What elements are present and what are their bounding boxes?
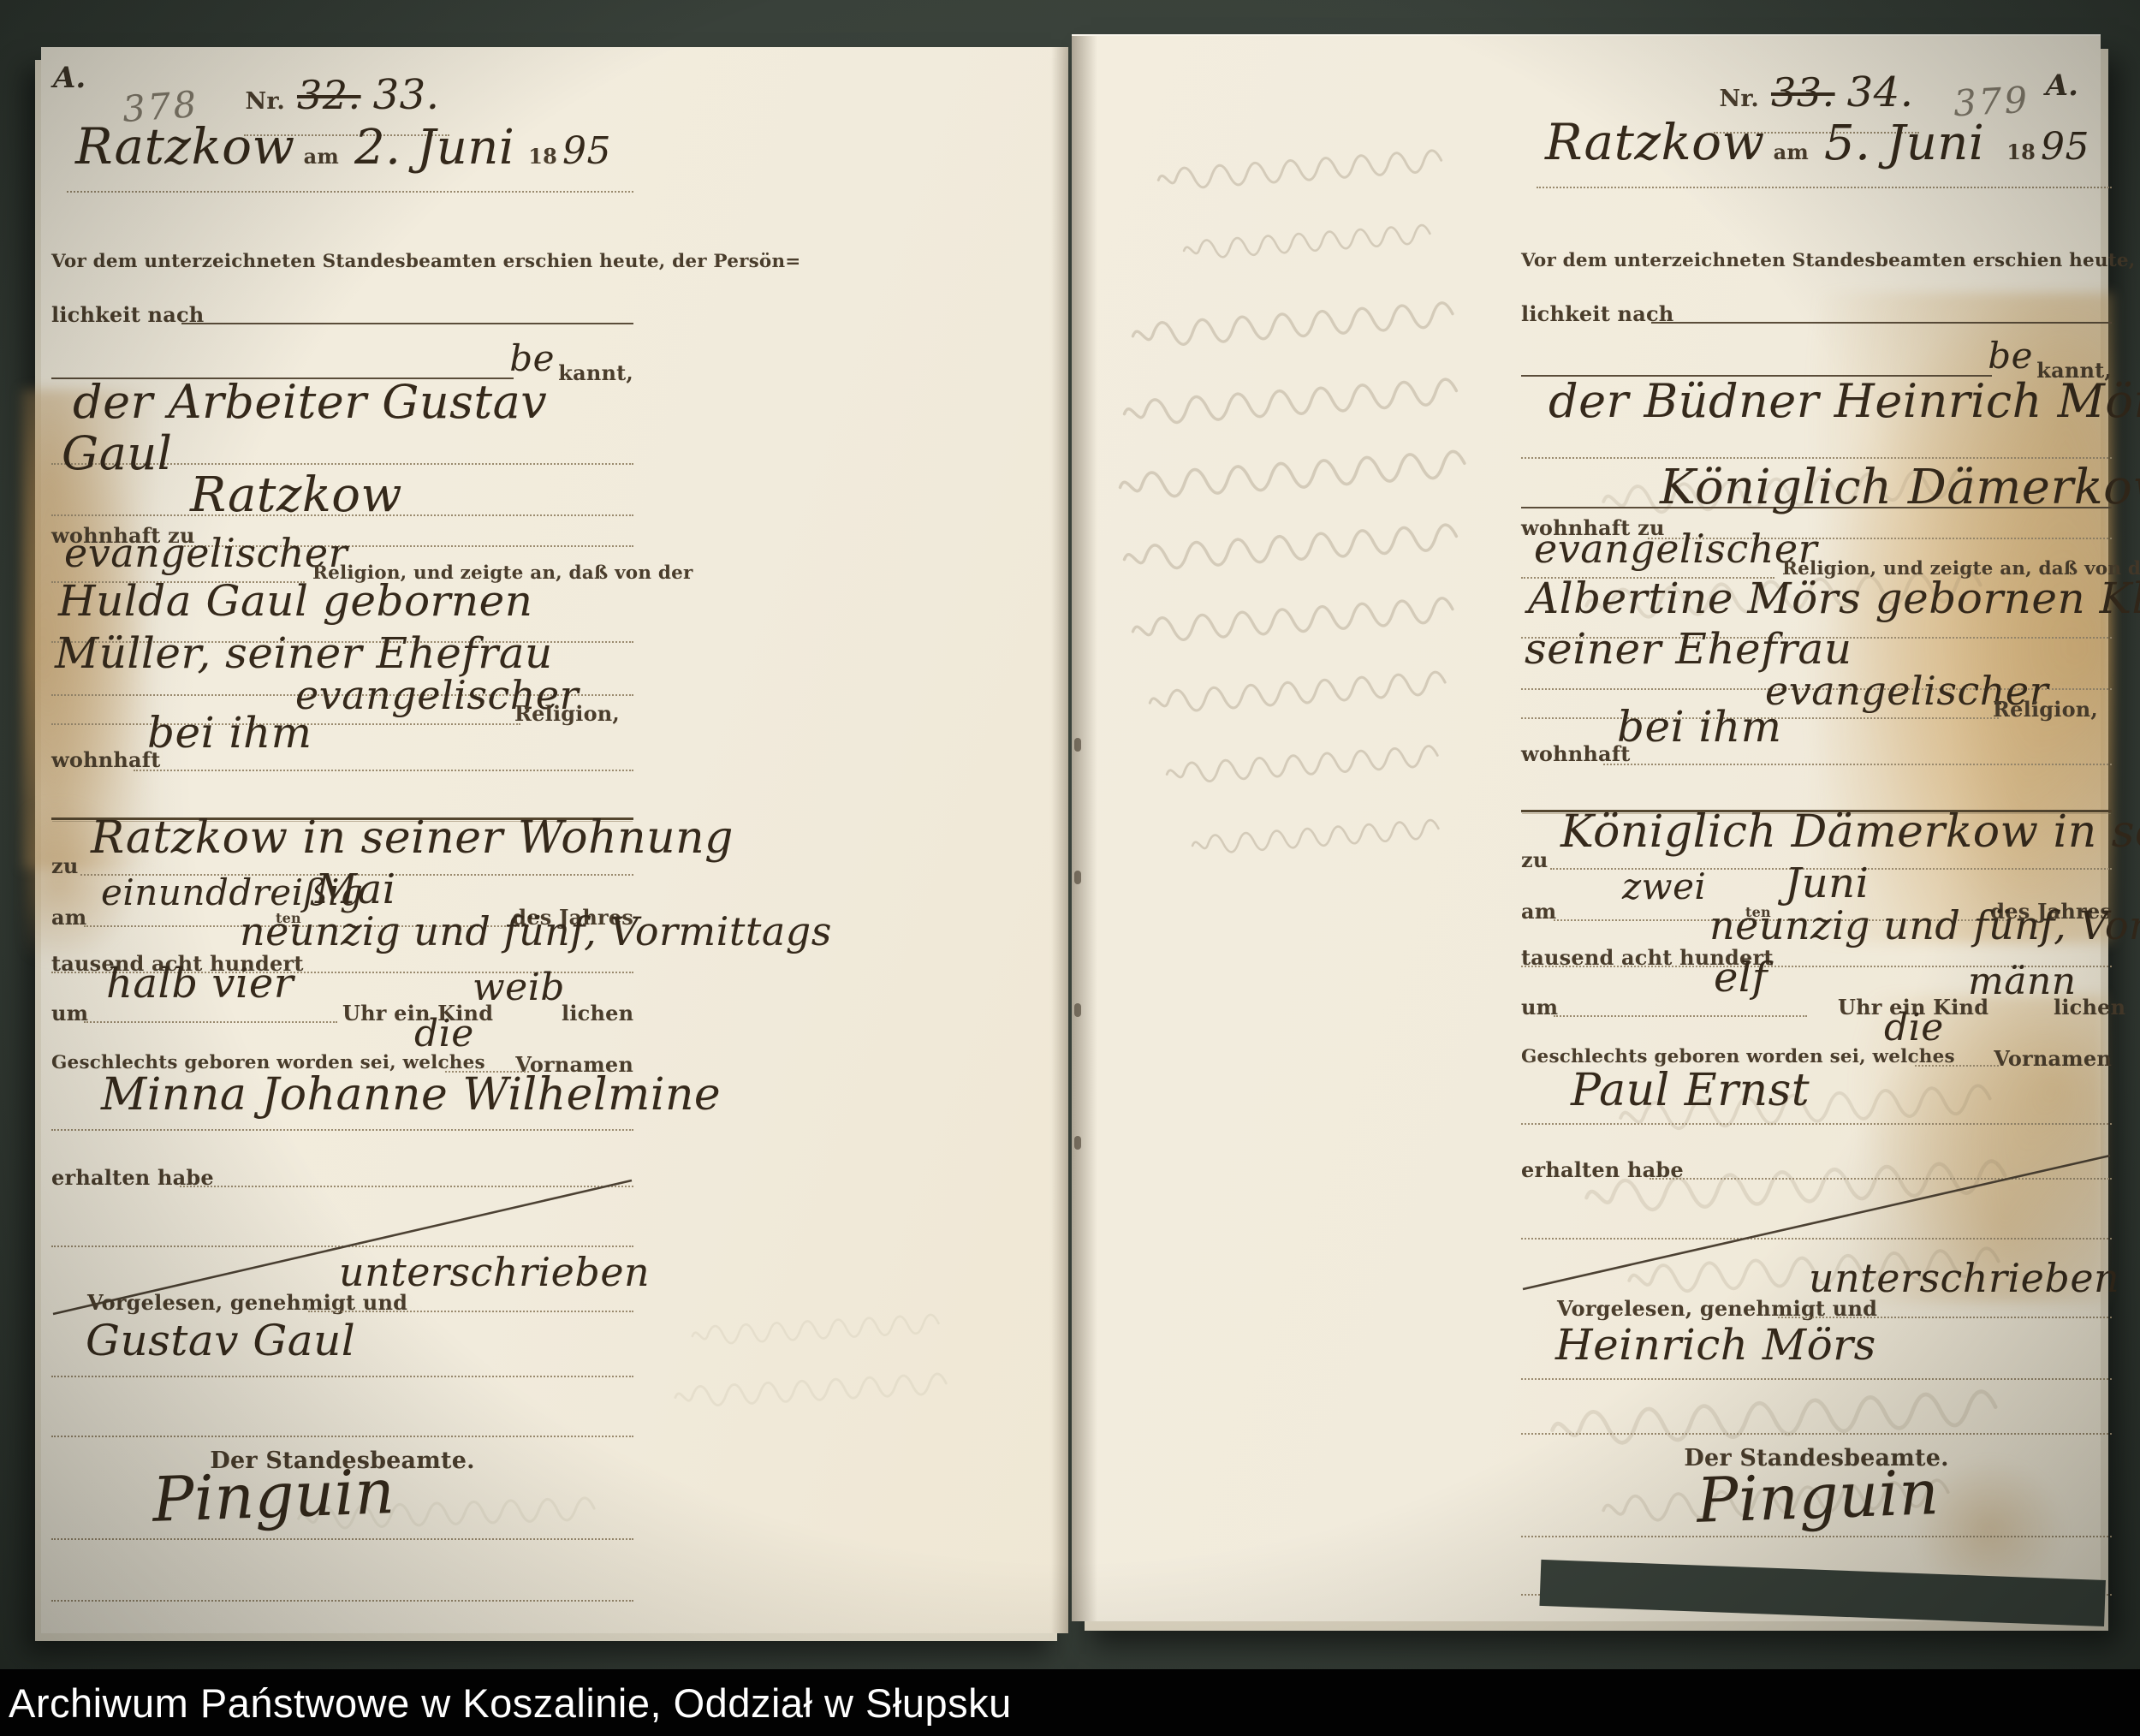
rule xyxy=(1778,1317,2112,1318)
mother-entry-line1: Albertine Mörs gebornen Klotz xyxy=(1528,580,2140,617)
unterschrieben-entry: unterschrieben xyxy=(339,1256,650,1289)
binding-stitch xyxy=(1074,1136,1081,1150)
wohnhaft-bei-entry: bei ihm xyxy=(147,715,312,752)
rule xyxy=(51,1376,633,1377)
nr-label: Nr. xyxy=(246,88,285,115)
year-printed: 18 xyxy=(528,144,557,169)
rule xyxy=(51,1129,633,1131)
registrar-signature: Pinguin xyxy=(152,1465,395,1526)
lichen-label: lichen xyxy=(562,1001,633,1026)
die-entry: die xyxy=(414,1018,474,1049)
archive-caption: Archiwum Państwowe w Koszalinie, Oddział… xyxy=(9,1680,1012,1727)
am-label: am xyxy=(1774,140,1809,164)
gender-entry: weib xyxy=(473,972,565,1003)
rule xyxy=(84,1021,337,1023)
year-printed: 18 xyxy=(2006,140,2036,164)
die-entry: die xyxy=(1884,1012,1944,1043)
date-entry: 2. Juni xyxy=(354,128,514,169)
rule xyxy=(67,191,633,193)
archival-scan: A. 378 Nr. 32. 33. Ratzkow am 2. Juni 18… xyxy=(0,0,2140,1736)
rule xyxy=(1537,187,2112,188)
binding-stitch xyxy=(1074,871,1081,884)
am2-label: am xyxy=(1521,899,1556,924)
record-number-line: Nr. 32. 33. xyxy=(51,78,633,115)
page-left: A. 378 Nr. 32. 33. Ratzkow am 2. Juni 18… xyxy=(41,47,1068,1633)
mother-entry-line1: Hulda Gaul gebornen xyxy=(58,583,532,620)
wohnhaft-label: wohnhaft xyxy=(51,747,161,772)
kannt-label: kannt, xyxy=(558,360,633,385)
residence-entry: Königlich Dämerkow, xyxy=(1660,467,2140,508)
birth-hour-entry: halb vier xyxy=(106,966,294,1002)
place-entry: Ratzkow xyxy=(75,126,295,168)
place-date-line: Ratzkow am 5. Juni 18 95 xyxy=(1521,122,2112,164)
nr-crossed-out: 32. xyxy=(297,79,361,112)
declarant-entry-line2: Gaul xyxy=(62,434,172,473)
rule xyxy=(1521,1378,2112,1380)
declarant-signature: Gustav Gaul xyxy=(86,1323,355,1359)
page-right: A. 379 Nr. 33. 34. Ratzkow am 5. Juni 18… xyxy=(1072,34,2101,1621)
declarant-entry-line1: der Büdner Heinrich Mörs xyxy=(1549,382,2140,421)
rule xyxy=(51,1600,633,1602)
um-label: um xyxy=(1521,995,1558,1020)
rule xyxy=(1554,1015,1807,1017)
binding-stitch xyxy=(1074,738,1081,752)
be-entry: be xyxy=(509,343,555,374)
birth-month-entry: Mai xyxy=(315,872,396,907)
religion2-label: Religion, xyxy=(1993,697,2098,722)
date-entry: 5. Juni xyxy=(1824,123,1984,164)
child-names-entry: Minna Johanne Wilhelmine xyxy=(101,1076,721,1114)
year-entry: 95 xyxy=(562,135,611,167)
religion2-label: Religion, xyxy=(514,701,620,726)
um-label: um xyxy=(51,1001,88,1026)
rule xyxy=(1521,1433,2112,1435)
mother-entry-line2: seiner Ehefrau xyxy=(1525,631,1852,668)
zu-label: zu xyxy=(51,853,78,878)
rule xyxy=(1915,1065,1999,1067)
rule xyxy=(51,1436,633,1437)
unterschrieben-entry: unterschrieben xyxy=(1809,1262,2119,1295)
be-entry: be xyxy=(1988,341,2033,372)
birth-month-entry: Juni xyxy=(1785,866,1869,901)
birth-day-entry: zwei xyxy=(1622,871,1706,902)
rule xyxy=(1521,1123,2112,1125)
wohnhaft-label: wohnhaft xyxy=(1521,741,1631,766)
place-entry: Ratzkow xyxy=(1545,122,1765,163)
year-words-entry: neunzig und fünf, Vormittags xyxy=(240,915,832,948)
lichen-label: lichen xyxy=(2054,995,2125,1020)
am-label: am xyxy=(304,144,339,169)
binding-stitch xyxy=(1074,1003,1081,1017)
rule xyxy=(1521,457,2112,459)
mother-entry-line2: Müller, seiner Ehefrau xyxy=(55,635,553,672)
birth-place-entry: Königlich Dämerkow in seiner Wohnung xyxy=(1560,813,2140,851)
archive-caption-bar: Archiwum Państwowe w Koszalinie, Oddział… xyxy=(0,1669,2140,1736)
rule xyxy=(134,770,633,771)
registrar-signature: Pinguin xyxy=(1696,1466,1940,1527)
nr-crossed-out: 33. xyxy=(1771,76,1835,110)
religion-entry: evangelischer xyxy=(1534,532,1817,566)
birth-place-entry: Ratzkow in seiner Wohnung xyxy=(91,819,734,857)
record-number-line: Nr. 33. 34. xyxy=(1521,75,2112,112)
form-intro-line: Vor dem unterzeichneten Standesbeamten e… xyxy=(1521,250,2112,271)
year-entry: 95 xyxy=(2041,131,2089,163)
residence-entry: Ratzkow xyxy=(190,475,402,516)
wohnhaft-bei-entry: bei ihm xyxy=(1617,709,1782,746)
vornamen-label: Vornamen xyxy=(1994,1046,2112,1071)
religion-entry: evangelischer xyxy=(64,537,348,570)
rule xyxy=(51,1538,633,1540)
declarant-signature: Heinrich Mörs xyxy=(1555,1327,1876,1364)
form-intro-line: Vor dem unterzeichneten Standesbeamten e… xyxy=(51,251,633,272)
year-words-entry: neunzig und fünf, Vormittag xyxy=(1709,909,2140,942)
nr-value: 33. xyxy=(373,78,440,113)
rule xyxy=(181,323,633,324)
gender-entry: männ xyxy=(1968,966,2077,997)
rule xyxy=(308,1311,633,1312)
rule xyxy=(1521,1536,2112,1537)
zu-label: zu xyxy=(1521,847,1548,872)
rule xyxy=(1603,764,2112,765)
birth-hour-entry: elf xyxy=(1714,960,1768,996)
child-names-entry: Paul Ernst xyxy=(1571,1072,1810,1109)
nr-label: Nr. xyxy=(1720,86,1759,112)
declarant-entry-line1: der Arbeiter Gustav xyxy=(73,383,547,422)
am2-label: am xyxy=(51,905,86,930)
nr-value: 34. xyxy=(1847,75,1914,110)
rule xyxy=(1651,322,2112,324)
place-date-line: Ratzkow am 2. Juni 18 95 xyxy=(51,126,633,169)
